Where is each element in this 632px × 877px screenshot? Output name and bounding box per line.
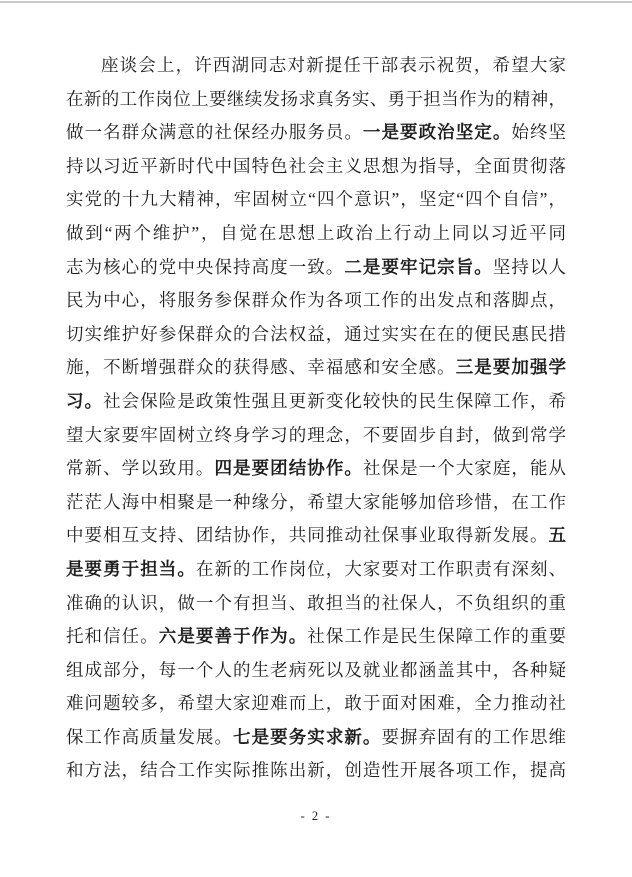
text-segment: 要摒弃固有的工作思维 bbox=[382, 727, 567, 747]
text-line: 在新的工作岗位上要继续发扬求真务实、勇于担当作为的精神， bbox=[66, 83, 566, 117]
bold-heading-segment: 六是要善于作为。 bbox=[159, 626, 307, 646]
text-segment: 在新的工作岗位，大家要对工作职责有深刻、 bbox=[196, 559, 566, 579]
text-line: 做一名群众满意的社保经办服务员。一是要政治坚定。始终坚 bbox=[66, 116, 566, 150]
text-segment: 做到“两个维护”，自觉在思想上政治上行动上同以习近平同 bbox=[66, 223, 566, 243]
text-segment: 志为核心的党中央保持高度一致。 bbox=[66, 257, 344, 277]
text-segment: 在新的工作岗位上要继续发扬求真务实、勇于担当作为的精神， bbox=[66, 89, 566, 109]
text-segment: 座谈会上，许西湖同志对新提任干部表示祝贺，希望大家 bbox=[101, 55, 566, 75]
text-segment: 施，不断增强群众的获得感、幸福感和安全感。 bbox=[66, 357, 456, 377]
text-line: 做到“两个维护”，自觉在思想上政治上行动上同以习近平同 bbox=[66, 217, 566, 251]
text-line: 施，不断增强群众的获得感、幸福感和安全感。三是要加强学 bbox=[66, 351, 566, 385]
text-line: 中要相互支持、团结协作，共同推动社保事业取得新发展。五 bbox=[66, 519, 566, 553]
text-segment: 和方法，结合工作实际推陈出新，创造性开展各项工作，提高 bbox=[66, 760, 566, 780]
text-line: 切实维护好参保群众的合法权益，通过实实在在的便民惠民措 bbox=[66, 318, 566, 352]
bold-heading-segment: 四是要团结协作。 bbox=[214, 458, 362, 478]
text-line: 实党的十九大精神，牢固树立“四个意识”，坚定“四个自信”， bbox=[66, 183, 566, 217]
text-segment: 坚持以人 bbox=[493, 257, 566, 277]
text-segment: 民为中心，将服务参保群众作为各项工作的出发点和落脚点， bbox=[66, 290, 566, 310]
page-top-edge-line bbox=[0, 1, 632, 3]
text-segment: 社保是一个大家庭，能从 bbox=[363, 458, 566, 478]
text-segment: 社保工作是民生保障工作的重要 bbox=[307, 626, 566, 646]
bold-heading-segment: 是要勇于担当。 bbox=[66, 559, 196, 579]
text-segment: 难问题较多，希望大家迎难而上，敢于面对困难，全力推动社 bbox=[66, 693, 566, 713]
bold-heading-segment: 五 bbox=[549, 525, 567, 545]
text-line: 托和信任。六是要善于作为。社保工作是民生保障工作的重要 bbox=[66, 620, 566, 654]
text-line: 望大家要牢固树立终身学习的理念，不要固步自封，做到常学 bbox=[66, 419, 566, 453]
text-segment: 社会保险是政策性强且更新变化较快的民生保障工作，希 bbox=[103, 391, 566, 411]
document-page: 座谈会上，许西湖同志对新提任干部表示祝贺，希望大家在新的工作岗位上要继续发扬求真… bbox=[0, 0, 632, 877]
text-line: 持以习近平新时代中国特色社会主义思想为指导，全面贯彻落 bbox=[66, 150, 566, 184]
text-segment: 组成部分，每一个人的生老病死以及就业都涵盖其中，各种疑 bbox=[66, 660, 566, 680]
text-line: 习。社会保险是政策性强且更新变化较快的民生保障工作，希 bbox=[66, 385, 566, 419]
text-segment: 持以习近平新时代中国特色社会主义思想为指导，全面贯彻落 bbox=[66, 156, 566, 176]
text-segment: 望大家要牢固树立终身学习的理念，不要固步自封，做到常学 bbox=[66, 425, 566, 445]
text-segment: 茫茫人海中相聚是一种缘分，希望大家能够加倍珍惜，在工作 bbox=[66, 492, 566, 512]
bold-heading-segment: 习。 bbox=[66, 391, 103, 411]
bold-heading-segment: 七是要务实求新。 bbox=[233, 727, 381, 747]
text-segment: 常新、学以致用。 bbox=[66, 458, 214, 478]
text-line: 民为中心，将服务参保群众作为各项工作的出发点和落脚点， bbox=[66, 284, 566, 318]
text-line: 保工作高质量发展。七是要务实求新。要摒弃固有的工作思维 bbox=[66, 721, 566, 755]
page-number: - 2 - bbox=[0, 806, 632, 826]
text-line: 准确的认识，做一个有担当、敢担当的社保人，不负组织的重 bbox=[66, 587, 566, 621]
text-line: 志为核心的党中央保持高度一致。二是要牢记宗旨。坚持以人 bbox=[66, 251, 566, 285]
text-line: 难问题较多，希望大家迎难而上，敢于面对困难，全力推动社 bbox=[66, 687, 566, 721]
text-segment: 做一名群众满意的社保经办服务员。 bbox=[66, 122, 363, 142]
text-segment: 始终坚 bbox=[511, 122, 566, 142]
document-body: 座谈会上，许西湖同志对新提任干部表示祝贺，希望大家在新的工作岗位上要继续发扬求真… bbox=[66, 49, 566, 788]
text-line: 是要勇于担当。在新的工作岗位，大家要对工作职责有深刻、 bbox=[66, 553, 566, 587]
bold-heading-segment: 一是要政治坚定。 bbox=[363, 122, 511, 142]
text-segment: 中要相互支持、团结协作，共同推动社保事业取得新发展。 bbox=[66, 525, 549, 545]
text-line: 和方法，结合工作实际推陈出新，创造性开展各项工作，提高 bbox=[66, 754, 566, 788]
bold-heading-segment: 三是要加强学 bbox=[456, 357, 566, 377]
text-segment: 切实维护好参保群众的合法权益，通过实实在在的便民惠民措 bbox=[66, 324, 566, 344]
text-line: 茫茫人海中相聚是一种缘分，希望大家能够加倍珍惜，在工作 bbox=[66, 486, 566, 520]
text-segment: 保工作高质量发展。 bbox=[66, 727, 233, 747]
text-segment: 托和信任。 bbox=[66, 626, 159, 646]
text-segment: 准确的认识，做一个有担当、敢担当的社保人，不负组织的重 bbox=[66, 593, 566, 613]
text-segment: 实党的十九大精神，牢固树立“四个意识”，坚定“四个自信”， bbox=[66, 189, 566, 209]
text-line: 座谈会上，许西湖同志对新提任干部表示祝贺，希望大家 bbox=[66, 49, 566, 83]
text-line: 组成部分，每一个人的生老病死以及就业都涵盖其中，各种疑 bbox=[66, 654, 566, 688]
text-line: 常新、学以致用。四是要团结协作。社保是一个大家庭，能从 bbox=[66, 452, 566, 486]
bold-heading-segment: 二是要牢记宗旨。 bbox=[344, 257, 492, 277]
